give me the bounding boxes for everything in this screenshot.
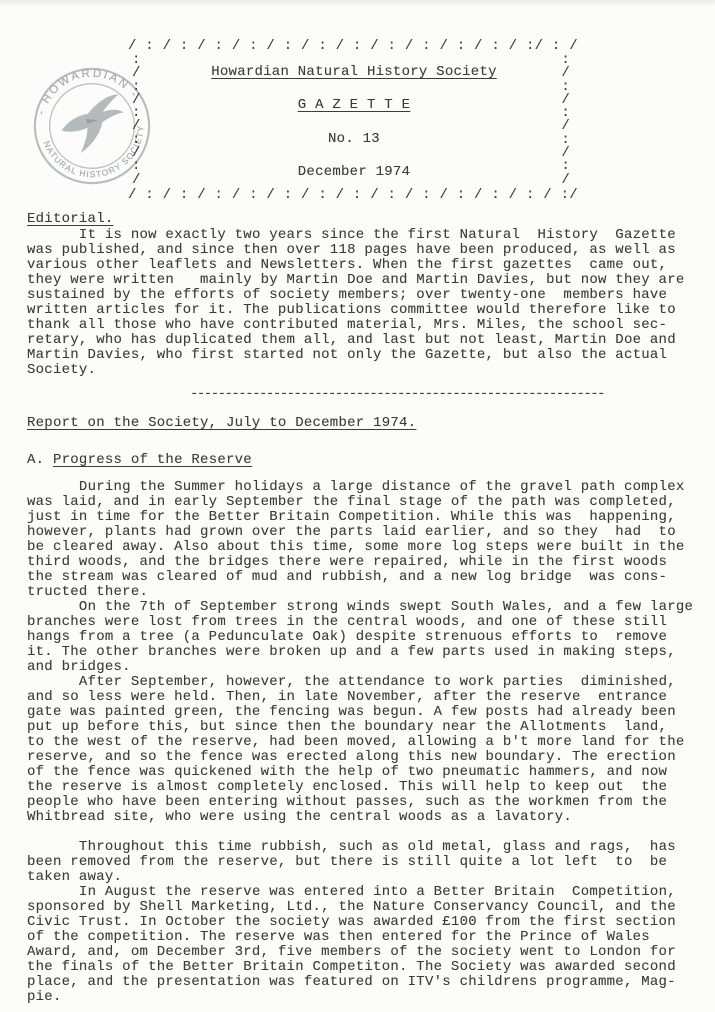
- section-a-paragraph-3: After September, however, the attendance…: [27, 675, 707, 825]
- section-divider: ----------------------------------------…: [190, 387, 707, 402]
- svg-text:- HOWARDIAN -: - HOWARDIAN -: [29, 59, 142, 118]
- section-a-label: A.: [27, 452, 53, 468]
- society-name: Howardian Natural History Society: [211, 65, 497, 80]
- report-heading: Report on the Society, July to December …: [27, 416, 707, 431]
- header-border-left: : / : / : / : / : /: [132, 54, 141, 187]
- header-middle: : / : / : / : / : / : / : / : / : / : / …: [128, 54, 580, 187]
- section-a-title: Progress of the Reserve: [53, 452, 252, 468]
- seal-top-text: - HOWARDIAN -: [29, 59, 142, 118]
- editorial-body: It is now exactly two years since the fi…: [27, 228, 707, 378]
- editorial-heading: Editorial.: [27, 212, 707, 227]
- header-box: / : / : / : / : / : / : / : / : / : / : …: [128, 38, 580, 203]
- gazette-page: - HOWARDIAN - NATURAL HISTORY SOCIETY / …: [0, 0, 715, 1012]
- gazette-title: G A Z E T T E: [298, 98, 410, 113]
- issue-date: December 1974: [298, 165, 410, 180]
- section-a-paragraph-5: In August the reserve was entered into a…: [27, 885, 707, 1005]
- header-border-bottom: / : / : / : / : / : / : / : / : / : / : …: [128, 187, 580, 203]
- section-a-paragraph-2: On the 7th of September strong winds swe…: [27, 600, 707, 675]
- header-titles: Howardian Natural History Society G A Z …: [128, 54, 580, 189]
- section-a-paragraph-1: During the Summer holidays a large dista…: [27, 480, 707, 600]
- section-a-paragraph-4: Throughout this time rubbish, such as ol…: [27, 840, 707, 885]
- header-border-top: / : / : / : / : / : / : / : / : / : / : …: [128, 38, 580, 54]
- page-content: Editorial. It is now exactly two years s…: [27, 212, 707, 1005]
- issue-number: No. 13: [328, 132, 380, 147]
- swallow-icon: [57, 94, 129, 156]
- header-border-right: : / : / : / : / : /: [561, 54, 570, 187]
- section-a-heading: A. Progress of the Reserve: [27, 453, 707, 468]
